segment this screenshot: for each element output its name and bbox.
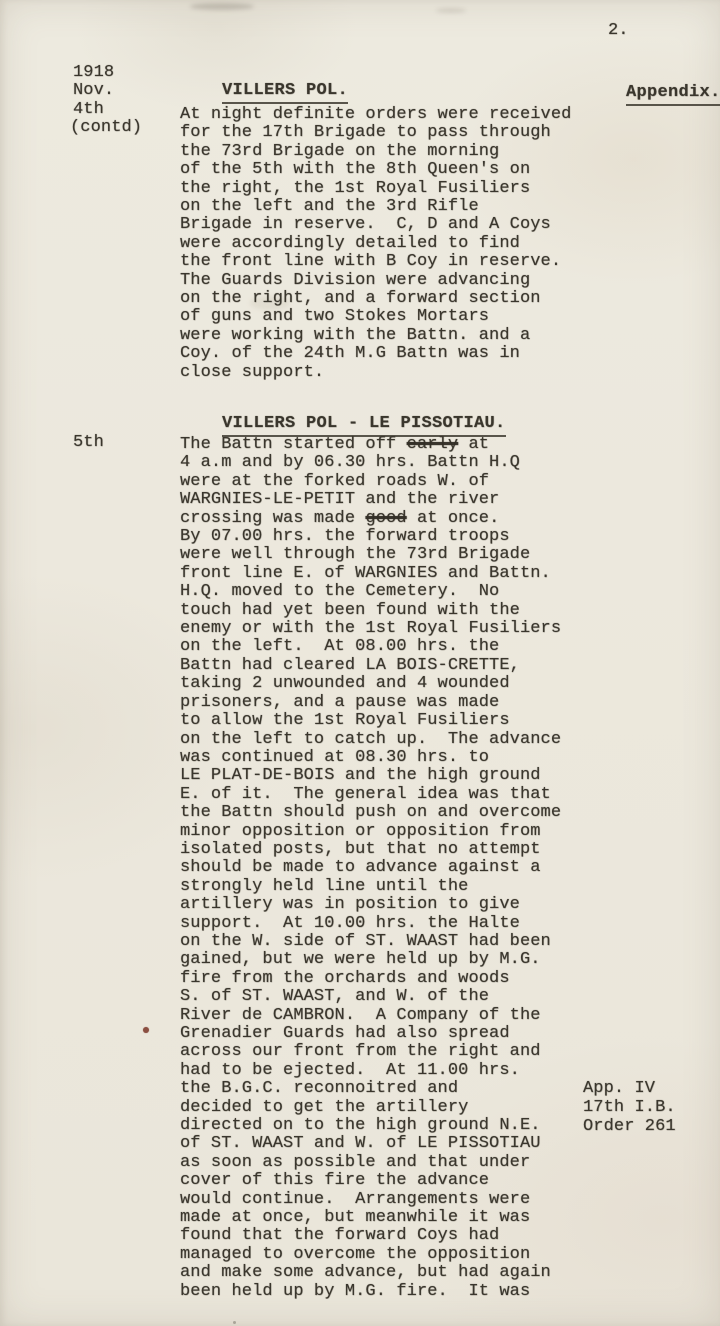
struck-out-word: early bbox=[407, 435, 459, 454]
text-line: made at once, but meanwhile it was bbox=[180, 1209, 561, 1227]
text-line: Order 261 bbox=[583, 1118, 676, 1137]
margin-date-day2: 5th bbox=[73, 434, 104, 452]
text-line: gained, but we were held up by M.G. bbox=[180, 951, 561, 969]
text-line: the B.G.C. reconnoitred and bbox=[180, 1080, 561, 1098]
paper-smudge bbox=[436, 8, 466, 13]
text-line: isolated posts, but that no attempt bbox=[180, 841, 561, 859]
text-line: S. of ST. WAAST, and W. of the bbox=[180, 988, 561, 1006]
text-line: App. IV bbox=[583, 1080, 676, 1099]
section1-paragraph: At night definite orders were receivedfo… bbox=[180, 106, 571, 382]
paper-smudge bbox=[190, 3, 254, 10]
text-line: of guns and two Stokes Mortars bbox=[180, 308, 571, 326]
text-line: By 07.00 hrs. the forward troops bbox=[180, 528, 561, 546]
text-line: The Guards Division were advancing bbox=[180, 272, 571, 290]
text-line: WARGNIES-LE-PETIT and the river bbox=[180, 491, 561, 509]
scanned-diary-page: 2. 1918 Nov. 4th (contd) VILLERS POL. Ap… bbox=[0, 0, 720, 1326]
text-line: the front line with B Coy in reserve. bbox=[180, 253, 571, 271]
text-line: support. At 10.00 hrs. the Halte bbox=[180, 915, 561, 933]
text-line: as soon as possible and that under bbox=[180, 1154, 561, 1172]
appendix-header: Appendix. bbox=[584, 66, 720, 125]
text-line: been held up by M.G. fire. It was bbox=[180, 1283, 561, 1301]
text-line: should be made to advance against a bbox=[180, 859, 561, 877]
margin-date-day: 4th bbox=[73, 101, 104, 119]
appendix-header-text: Appendix. bbox=[626, 84, 720, 106]
text-line: At night definite orders were received bbox=[180, 106, 571, 124]
text-line: on the left. At 08.00 hrs. the bbox=[180, 638, 561, 656]
text-line: were working with the Battn. and a bbox=[180, 327, 571, 345]
struck-out-word: good bbox=[365, 509, 406, 528]
text-line: managed to overcome the opposition bbox=[180, 1246, 561, 1264]
text-line: cover of this fire the advance bbox=[180, 1172, 561, 1190]
text-line: the Battn should push on and overcome bbox=[180, 804, 561, 822]
text-line: found that the forward Coys had bbox=[180, 1227, 561, 1245]
text-line: the 73rd Brigade on the morning bbox=[180, 143, 571, 161]
text-line: Coy. of the 24th M.G Battn was in bbox=[180, 345, 571, 363]
text-line: H.Q. moved to the Cemetery. No bbox=[180, 583, 561, 601]
text-line: on the W. side of ST. WAAST had been bbox=[180, 933, 561, 951]
text-line: of ST. WAAST and W. of LE PISSOTIAU bbox=[180, 1135, 561, 1153]
text-line: the right, the 1st Royal Fusiliers bbox=[180, 180, 571, 198]
text-line: had to be ejected. At 11.00 hrs. bbox=[180, 1062, 561, 1080]
text-line: were accordingly detailed to find bbox=[180, 235, 571, 253]
text-line: and make some advance, but had again bbox=[180, 1264, 561, 1282]
paper-speck bbox=[233, 1321, 236, 1324]
text-line: were at the forked roads W. of bbox=[180, 473, 561, 491]
text-line: touch had yet been found with the bbox=[180, 602, 561, 620]
text-line: front line E. of WARGNIES and Battn. bbox=[180, 565, 561, 583]
text-line: Grenadier Guards had also spread bbox=[180, 1025, 561, 1043]
text-line: on the left to catch up. The advance bbox=[180, 731, 561, 749]
text-line: to allow the 1st Royal Fusiliers bbox=[180, 712, 561, 730]
text-line: on the right, and a forward section bbox=[180, 290, 571, 308]
text-line: on the left and the 3rd Rifle bbox=[180, 198, 571, 216]
text-line: Brigade in reserve. C, D and A Coys bbox=[180, 216, 571, 234]
text-line: taking 2 unwounded and 4 wounded bbox=[180, 675, 561, 693]
text-line: enemy or with the 1st Royal Fusiliers bbox=[180, 620, 561, 638]
text-line: decided to get the artillery bbox=[180, 1099, 561, 1117]
text-line: crossing was made good at once. bbox=[180, 510, 561, 528]
text-line: 17th I.B. bbox=[583, 1099, 676, 1118]
text-line: 4 a.m and by 06.30 hrs. Battn H.Q bbox=[180, 454, 561, 472]
page-number: 2. bbox=[608, 22, 629, 40]
margin-reference-note: App. IV17th I.B.Order 261 bbox=[583, 1080, 676, 1136]
text-line: The Battn started off early at bbox=[180, 436, 561, 454]
text-line: River de CAMBRON. A Company of the bbox=[180, 1007, 561, 1025]
text-line: E. of it. The general idea was that bbox=[180, 786, 561, 804]
section1-heading-text: VILLERS POL. bbox=[222, 82, 348, 104]
text-line: LE PLAT-DE-BOIS and the high ground bbox=[180, 767, 561, 785]
text-line: of the 5th with the 8th Queen's on bbox=[180, 161, 571, 179]
text-line: Battn had cleared LA BOIS-CRETTE, bbox=[180, 657, 561, 675]
text-line: minor opposition or opposition from bbox=[180, 823, 561, 841]
text-line: directed on to the high ground N.E. bbox=[180, 1117, 561, 1135]
text-line: across our front from the right and bbox=[180, 1043, 561, 1061]
text-line: was continued at 08.30 hrs. to bbox=[180, 749, 561, 767]
section2-paragraph: The Battn started off early at4 a.m and … bbox=[180, 436, 561, 1301]
text-line: would continue. Arrangements were bbox=[180, 1191, 561, 1209]
margin-annotation-dot bbox=[143, 1027, 149, 1033]
text-line: close support. bbox=[180, 364, 571, 382]
text-line: prisoners, and a pause was made bbox=[180, 694, 561, 712]
margin-date-contd: (contd) bbox=[70, 119, 142, 137]
text-line: for the 17th Brigade to pass through bbox=[180, 124, 571, 142]
text-line: artillery was in position to give bbox=[180, 896, 561, 914]
text-line: strongly held line until the bbox=[180, 878, 561, 896]
text-line: were well through the 73rd Brigade bbox=[180, 546, 561, 564]
text-line: fire from the orchards and woods bbox=[180, 970, 561, 988]
margin-date-month: Nov. bbox=[73, 82, 114, 100]
margin-date-year: 1918 bbox=[73, 64, 114, 82]
